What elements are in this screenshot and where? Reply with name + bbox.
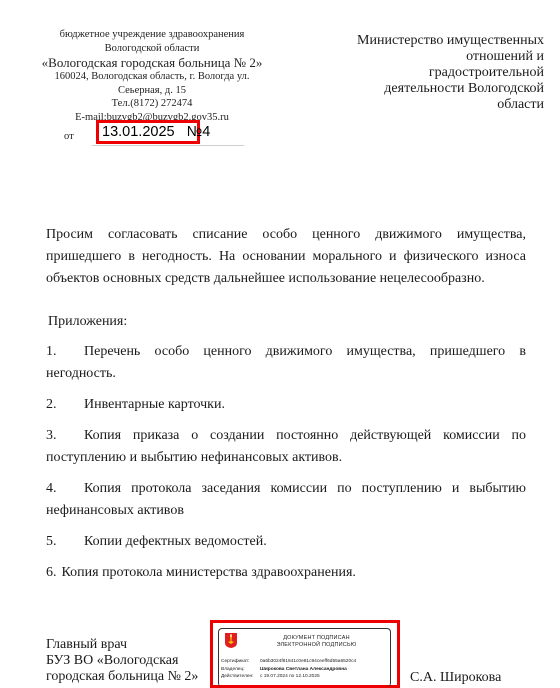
attachments-list: 1.Перечень особо ценного движимого имуще… xyxy=(46,341,526,593)
date-label: от xyxy=(64,131,74,142)
date-number-field[interactable]: 13.01.2025 №4 xyxy=(96,120,200,144)
attachments-title: Приложения: xyxy=(48,314,127,330)
stamp-details: Сертификат: 0a6b3024f81641c0e81c94ceeff6… xyxy=(221,658,388,681)
recipient-line: градостроительной xyxy=(330,65,544,81)
attachment-number: 2. xyxy=(46,394,84,416)
attachment-number: 5. xyxy=(46,531,84,553)
attachment-item: 1.Перечень особо ценного движимого имуще… xyxy=(46,341,526,385)
position-line: городская больница № 2» xyxy=(46,669,198,685)
sender-block: бюджетное учреждение здравоохранения Вол… xyxy=(40,28,264,125)
stamp-title-line: ДОКУМЕНТ ПОДПИСАН xyxy=(249,635,384,642)
recipient-line: Министерство имущественных xyxy=(330,33,544,49)
position-line: БУЗ ВО «Вологодская xyxy=(46,653,198,669)
attachment-text: Копии дефектных ведомостей. xyxy=(84,534,267,549)
attachment-text: Копия протокола заседания комиссии по по… xyxy=(46,481,526,518)
attachment-item: 4.Копия протокола заседания комиссии по … xyxy=(46,478,526,522)
electronic-signature-stamp[interactable]: ДОКУМЕНТ ПОДПИСАН ЭЛЕКТРОННОЙ ПОДПИСЬЮ С… xyxy=(210,620,400,688)
attachment-item: 6.Копия протокола министерства здравоохр… xyxy=(46,562,526,584)
recipient-line: отношений и xyxy=(330,49,544,65)
date-number-line: от 13.01.2025 №4 xyxy=(64,120,244,148)
attachment-number: 4. xyxy=(46,478,84,500)
attachment-number: 1. xyxy=(46,341,84,363)
stamp-value: с 19.07.2024 по 12.10.2025 xyxy=(260,673,320,681)
date-underline xyxy=(92,145,244,146)
attachment-item: 2.Инвентарные карточки. xyxy=(46,394,526,416)
recipient-line: области xyxy=(330,97,544,113)
attachment-text: Инвентарные карточки. xyxy=(84,397,225,412)
signer-name: С.А. Широкова xyxy=(410,670,501,686)
sender-org-name: «Вологодская городская больница № 2» xyxy=(40,55,264,70)
stamp-value: 0a6b3024f81641c0e81c94ceeff6d55a6520c4 xyxy=(260,658,356,666)
position-line: Главный врач xyxy=(46,637,198,653)
stamp-frame: ДОКУМЕНТ ПОДПИСАН ЭЛЕКТРОННОЙ ПОДПИСЬЮ С… xyxy=(218,628,391,687)
attachment-number: 3. xyxy=(46,425,84,447)
sender-address: Сеьерная, д. 15 xyxy=(40,84,264,98)
attachment-text: Копия протокола министерства здравоохран… xyxy=(62,565,356,580)
signatory-position: Главный врач БУЗ ВО «Вологодская городск… xyxy=(46,637,198,685)
stamp-key: Сертификат: xyxy=(221,658,260,666)
attachment-item: 5.Копии дефектных ведомостей. xyxy=(46,531,526,553)
vologda-coat-of-arms-icon xyxy=(225,633,237,648)
stamp-key: Владелец: xyxy=(221,666,260,674)
recipient-line: деятельности Вологодской xyxy=(330,81,544,97)
attachment-number: 6. xyxy=(46,562,57,584)
sender-line: бюджетное учреждение здравоохранения xyxy=(40,28,264,42)
stamp-row-certificate: Сертификат: 0a6b3024f81641c0e81c94ceeff6… xyxy=(221,658,388,666)
attachment-text: Перечень особо ценного движимого имущест… xyxy=(46,344,526,381)
stamp-row-owner: Владелец: Широкова Светлана Александровн… xyxy=(221,666,388,674)
sender-address: 160024, Вологодская область, г. Вологда … xyxy=(40,70,264,84)
stamp-key: Действителен: xyxy=(221,673,260,681)
request-paragraph: Просим согласовать списание особо ценног… xyxy=(46,224,526,290)
stamp-row-validity: Действителен: с 19.07.2024 по 12.10.2025 xyxy=(221,673,388,681)
attachment-item: 3.Копия приказа о создании постоянно дей… xyxy=(46,425,526,469)
stamp-title-line: ЭЛЕКТРОННОЙ ПОДПИСЬЮ xyxy=(249,642,384,649)
stamp-value: Широкова Светлана Александровна xyxy=(260,666,347,674)
recipient-block: Министерство имущественных отношений и г… xyxy=(330,33,544,113)
sender-phone: Тел.(8172) 272474 xyxy=(40,97,264,111)
attachment-text: Копия приказа о создании постоянно дейст… xyxy=(46,428,526,465)
stamp-title: ДОКУМЕНТ ПОДПИСАН ЭЛЕКТРОННОЙ ПОДПИСЬЮ xyxy=(249,635,384,649)
sender-line: Вологодской области xyxy=(40,42,264,56)
